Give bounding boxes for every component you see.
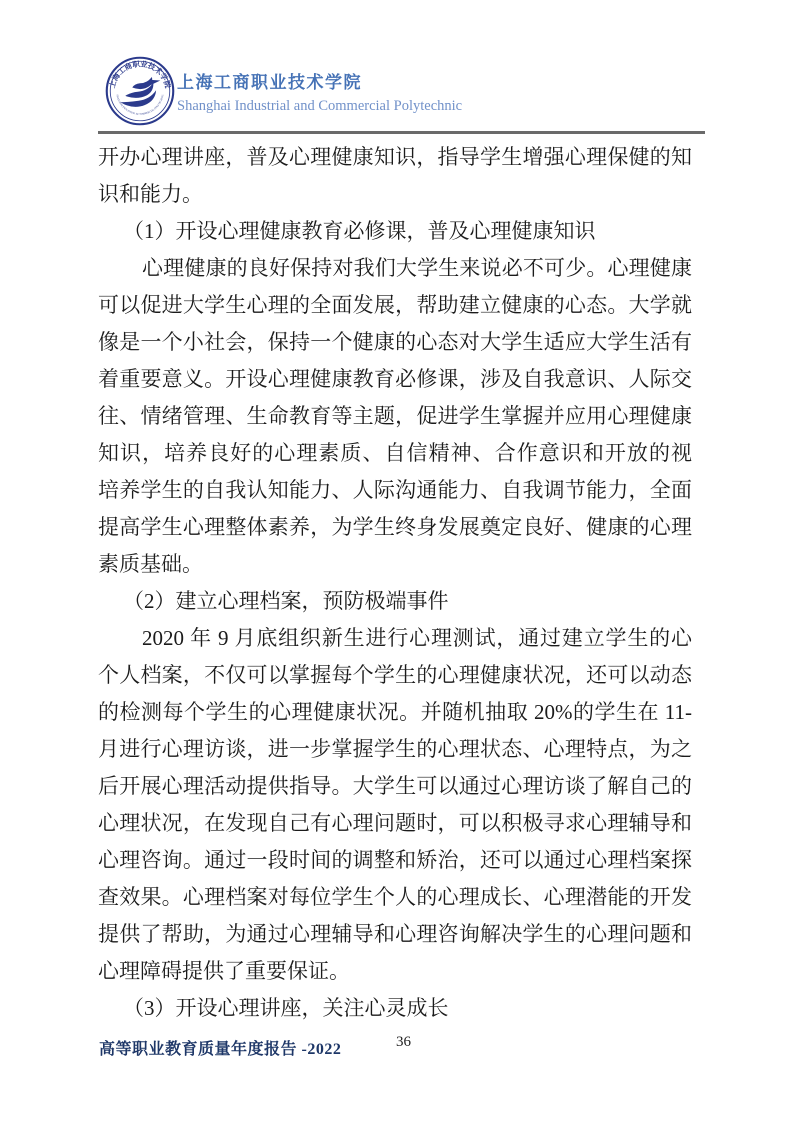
body-lines: 开办心理讲座，普及心理健康知识，指导学生增强心理保健的知识和能力。（1）开设心理…	[98, 139, 692, 1027]
body-text-line: 2020 年 9 月底组织新生进行心理测试，通过建立学生的心理	[98, 620, 692, 657]
body-text-line: 着重要意义。开设心理健康教育必修课，涉及自我意识、人际交	[98, 361, 692, 398]
body-text-line: 像是一个小社会，保持一个健康的心态对大学生适应大学生活有	[98, 324, 692, 361]
body-text-line: 心理咨询。通过一段时间的调整和矫治，还可以通过心理档案探	[98, 842, 692, 879]
body-text-line: 心理状况，在发现自己有心理问题时，可以积极寻求心理辅导和	[98, 805, 692, 842]
body-text-line: 提供了帮助，为通过心理辅导和心理咨询解决学生的心理问题和	[98, 916, 692, 953]
body-text-line: 识和能力。	[98, 176, 692, 213]
body-text-line: 开办心理讲座，普及心理健康知识，指导学生增强心理保健的知	[98, 139, 692, 176]
body-text-line: 知识，培养良好的心理素质、自信精神、合作意识和开放的视野，	[98, 435, 692, 472]
document-page: 上海工商职业技术学院 SHANGHAI INDUSTRIAL & COMMERC…	[0, 0, 793, 1122]
body-text-line: 可以促进大学生心理的全面发展，帮助建立健康的心态。大学就	[98, 287, 692, 324]
footer-report-title: 高等职业教育质量年度报告 -2022	[99, 1036, 341, 1059]
body-text-line: 心理健康的良好保持对我们大学生来说必不可少。心理健康	[98, 250, 692, 287]
body-text-line: 培养学生的自我认知能力、人际沟通能力、自我调节能力，全面	[98, 472, 692, 509]
body-text-line: 素质基础。	[98, 546, 692, 583]
section-heading-line: （1）开设心理健康教育必修课，普及心理健康知识	[98, 213, 692, 250]
body-text-line: 提高学生心理整体素养，为学生终身发展奠定良好、健康的心理	[98, 509, 692, 546]
body-text-line: 心理障碍提供了重要保证。	[98, 953, 692, 990]
section-heading-line: （2）建立心理档案，预防极端事件	[98, 583, 692, 620]
school-name-en: Shanghai Industrial and Commercial Polyt…	[177, 98, 462, 115]
school-logo-emblem: 上海工商职业技术学院 SHANGHAI INDUSTRIAL & COMMERC…	[105, 56, 175, 126]
body-text-line: 的检测每个学生的心理健康状况。并随机抽取 20%的学生在 11-12	[98, 694, 692, 731]
page-number: 36	[396, 1034, 411, 1051]
section-heading-line: （3）开设心理讲座，关注心灵成长	[98, 990, 692, 1027]
school-name-cn: 上海工商职业技术学院	[177, 68, 462, 93]
body-text-line: 后开展心理活动提供指导。大学生可以通过心理访谈了解自己的	[98, 768, 692, 805]
school-title-block: 上海工商职业技术学院 Shanghai Industrial and Comme…	[177, 68, 462, 115]
body-text-line: 往、情绪管理、生命教育等主题，促进学生掌握并应用心理健康	[98, 398, 692, 435]
body-text-line: 个人档案，不仅可以掌握每个学生的心理健康状况，还可以动态	[98, 657, 692, 694]
school-logo: 上海工商职业技术学院 SHANGHAI INDUSTRIAL & COMMERC…	[105, 56, 175, 126]
body-text-line: 月进行心理访谈，进一步掌握学生的心理状态、心理特点，为之	[98, 731, 692, 768]
header-divider	[98, 131, 705, 134]
body-text-line: 查效果。心理档案对每位学生个人的心理成长、心理潜能的开发	[98, 879, 692, 916]
